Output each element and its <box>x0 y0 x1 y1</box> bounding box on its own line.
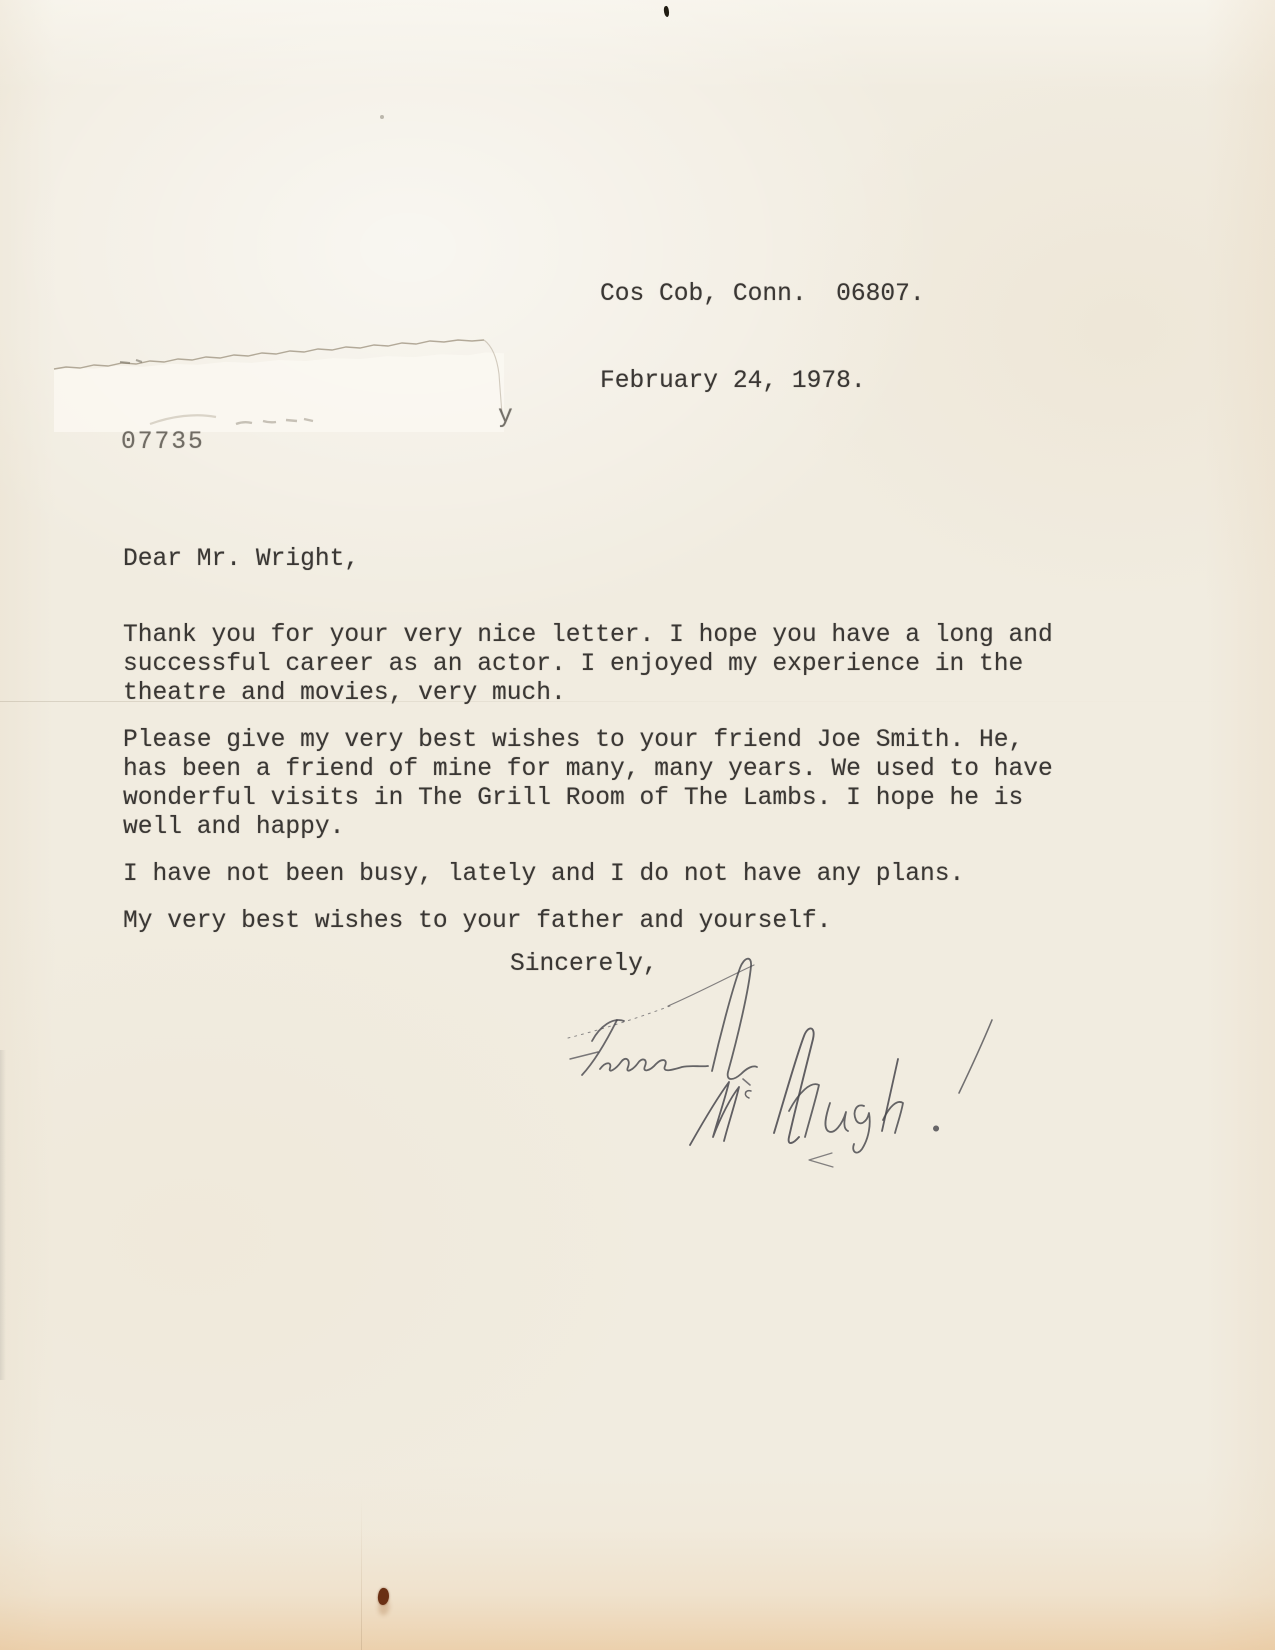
paper-speck <box>380 115 384 119</box>
stain-mark <box>377 1587 391 1606</box>
heading-location-line: Cos Cob, Conn. 06807. <box>600 280 925 309</box>
letter-body: Dear Mr. Wright, Thank you for your very… <box>123 545 1123 954</box>
bottom-crease-line <box>361 1495 362 1650</box>
signature-flourish <box>568 1006 670 1038</box>
paragraph-1: Thank you for your very nice letter. I h… <box>123 621 1123 708</box>
torn-paper-slip <box>54 336 504 432</box>
torn-edge-notch <box>120 360 142 363</box>
scan-edge-artifact <box>0 1050 6 1380</box>
paragraph-2: Please give my very best wishes to your … <box>123 726 1123 842</box>
closing-sincerely: Sincerely, <box>510 950 658 979</box>
salutation: Dear Mr. Wright, <box>123 545 1123 574</box>
paragraph-4: My very best wishes to your father and y… <box>123 907 1123 936</box>
scanned-letter-page: Cos Cob, Conn. 06807. February 24, 1978.… <box>0 0 1275 1650</box>
ink-speck-top <box>663 6 670 18</box>
heading-date-line: February 24, 1978. <box>600 367 925 396</box>
address-fragment-y: y <box>498 402 513 431</box>
signature-caret-mark <box>809 1153 833 1167</box>
letter-heading: Cos Cob, Conn. 06807. February 24, 1978. <box>600 222 925 454</box>
address-zip-line: 07735 <box>121 428 205 457</box>
paragraph-3: I have not been busy, lately and I do no… <box>123 860 1123 889</box>
